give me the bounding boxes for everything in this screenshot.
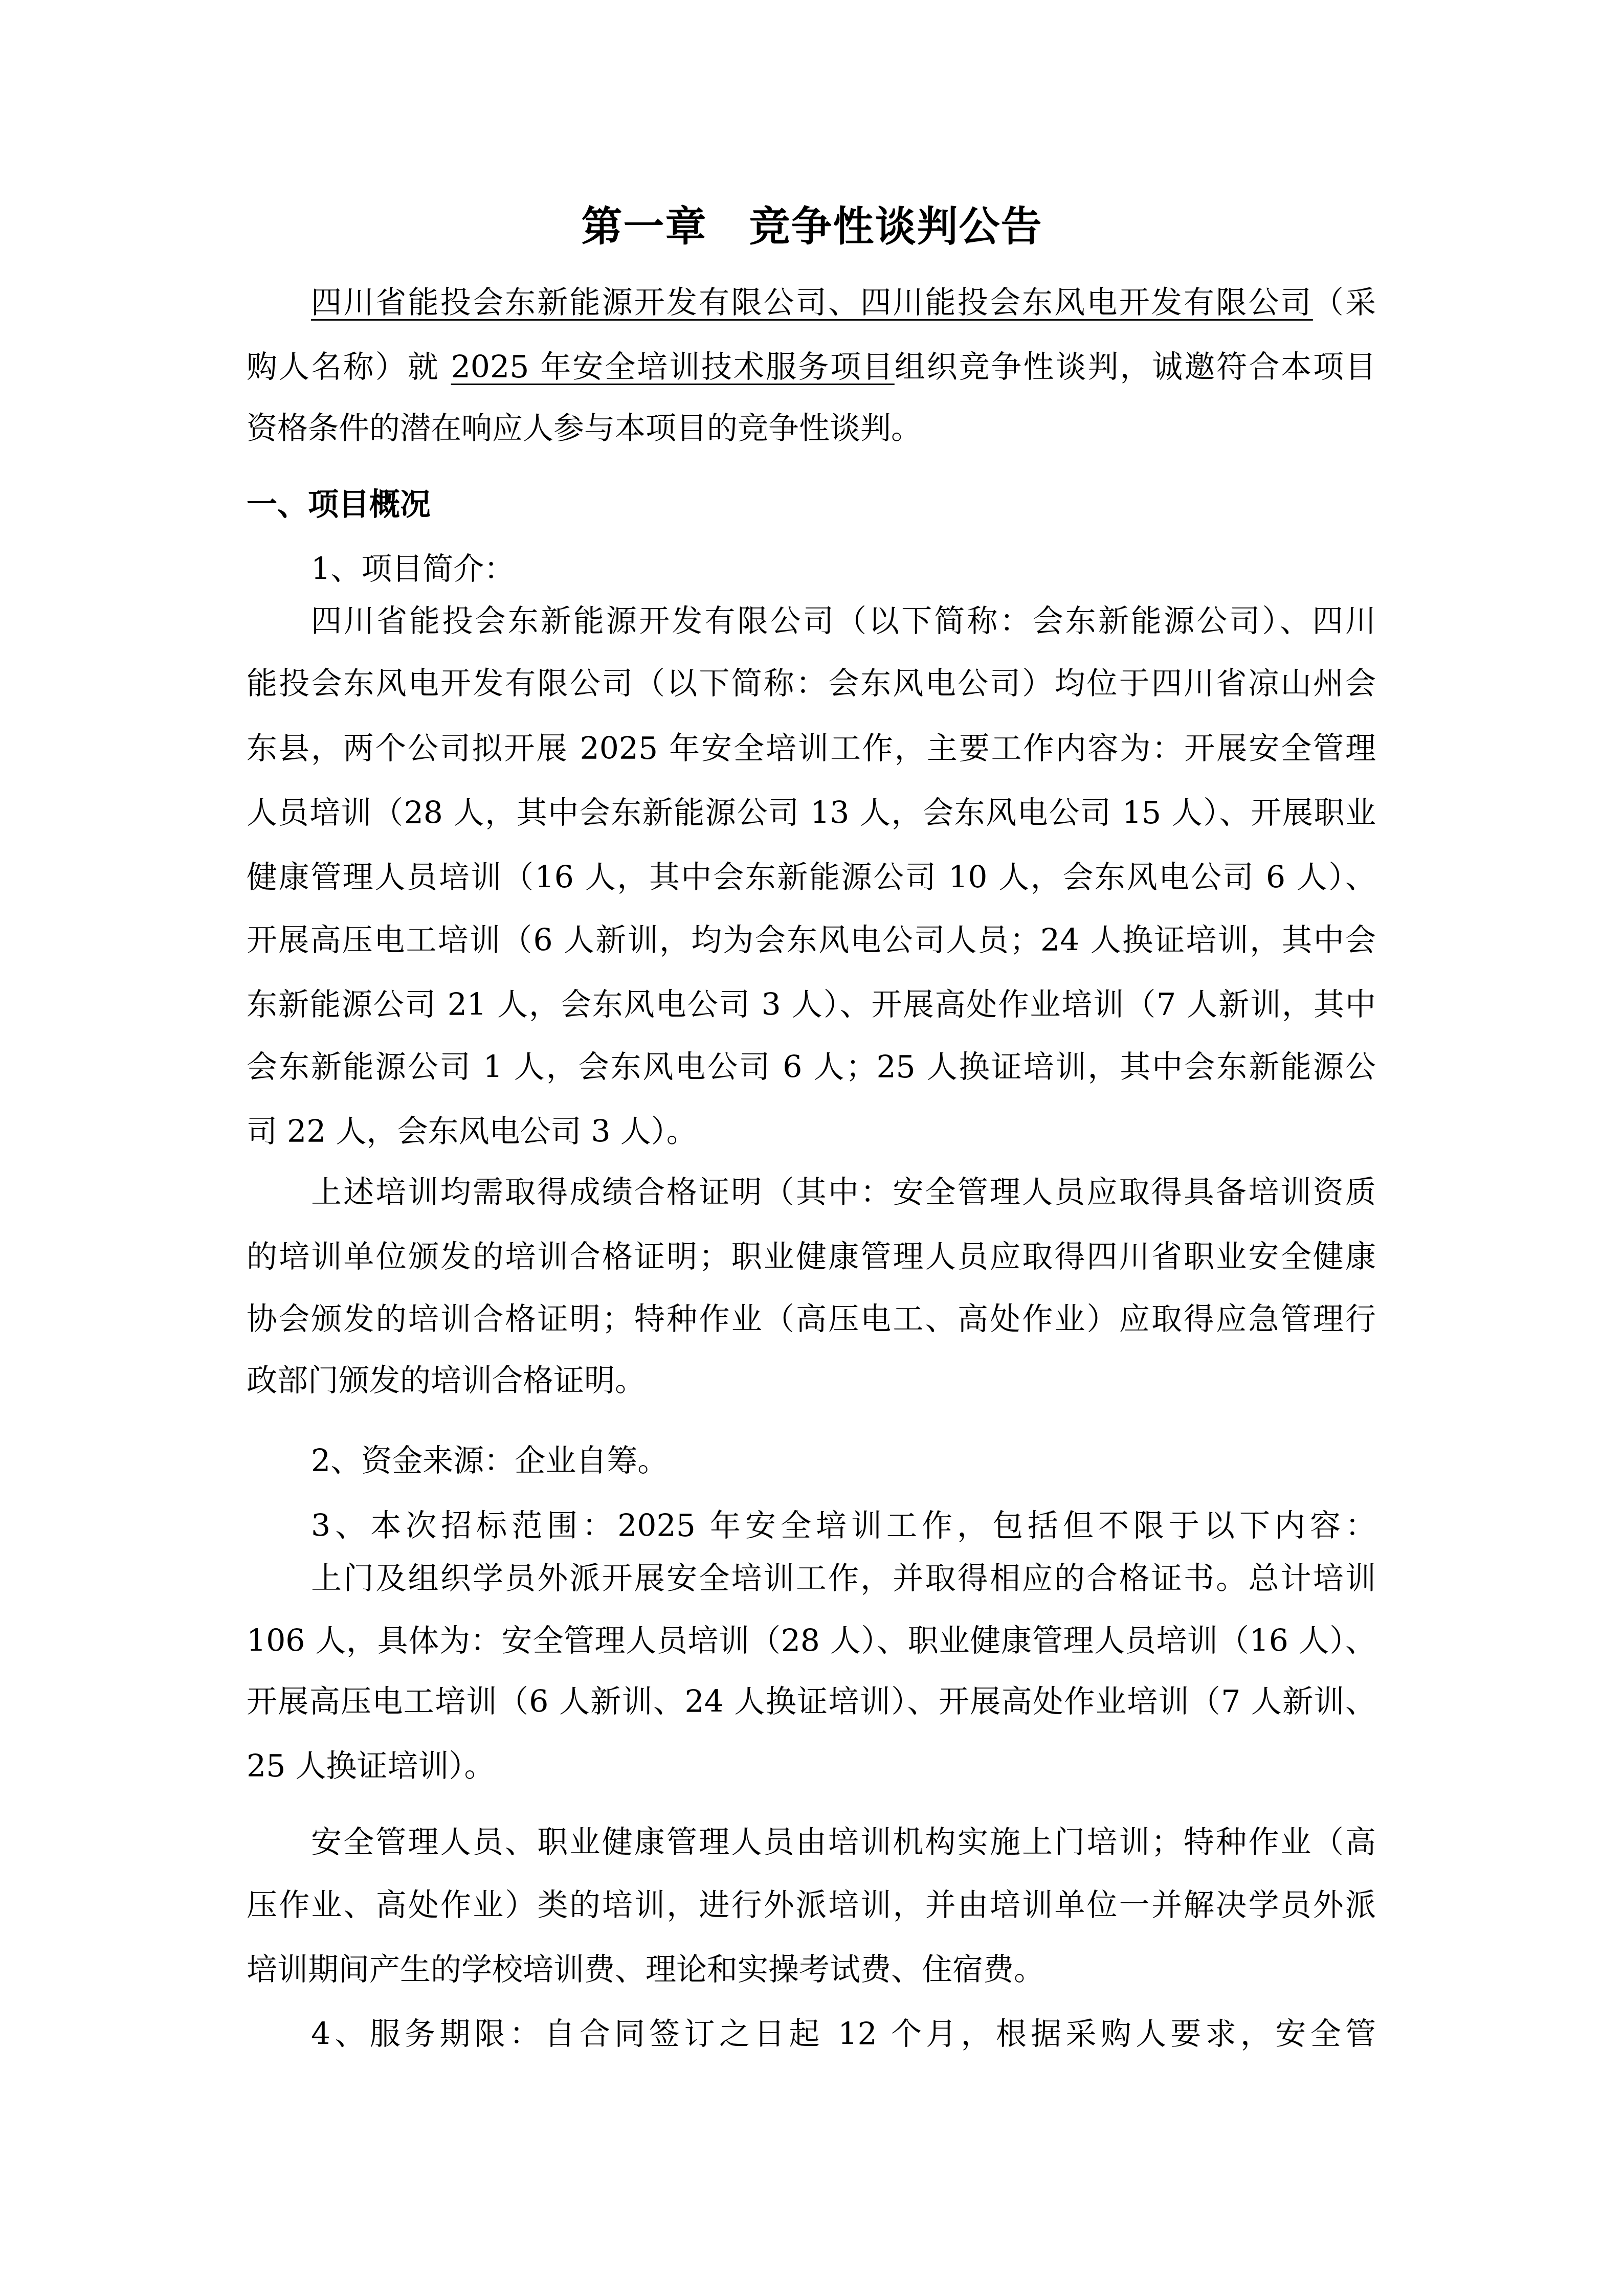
text-line: 培训期间产生的学校培训费、理论和实操考试费、住宿费。 [247, 1947, 1376, 1993]
text-line: 2、资金来源：企业自筹。 [247, 1438, 1376, 1484]
text-line: 开展高压电工培训（6 人新训，均为会东风电公司人员；24 人换证培训，其中会 [247, 917, 1376, 963]
text-line: 上门及组织学员外派开展安全培训工作，并取得相应的合格证书。总计培训 [247, 1556, 1376, 1602]
text-line: 健康管理人员培训（16 人，其中会东新能源公司 10 人，会东风电公司 6 人）… [247, 854, 1376, 901]
document-page: 第一章 竞争性谈判公告 四川省能投会东新能源开发有限公司、四川能投会东风电开发有… [0, 0, 1624, 2296]
text-segment: 资格条件的潜在响应人参与本项目的竞争性谈判。 [247, 411, 922, 446]
underlined-text: 2025 年安全培训技术服务项目 [451, 349, 895, 385]
intro-line: 四川省能投会东新能源开发有限公司、四川能投会东风电开发有限公司（采 [247, 280, 1376, 326]
text-line: 人员培训（28 人，其中会东新能源公司 13 人，会东风电公司 15 人）、开展… [247, 790, 1376, 836]
text-line: 安全管理人员、职业健康管理人员由培训机构实施上门培训；特种作业（高 [247, 1819, 1376, 1865]
text-line: 4、服务期限：自合同签订之日起 12 个月，根据采购人要求，安全管 [247, 2011, 1376, 2057]
text-line: 压作业、高处作业）类的培训，进行外派培训，并由培训单位一并解决学员外派 [247, 1882, 1376, 1928]
text-line: 的培训单位颁发的培训合格证明；职业健康管理人员应取得四川省职业安全健康 [247, 1234, 1376, 1280]
text-line: 会东新能源公司 1 人，会东风电公司 6 人；25 人换证培训，其中会东新能源公 [247, 1044, 1376, 1090]
intro-line: 购人名称）就 2025 年安全培训技术服务项目组织竞争性谈判，诚邀符合本项目 [247, 344, 1376, 390]
text-line: 司 22 人，会东风电公司 3 人）。 [247, 1109, 1376, 1155]
text-segment: 购人名称）就 [247, 349, 451, 385]
text-line: 东县，两个公司拟开展 2025 年安全培训工作，主要工作内容为：开展安全管理 [247, 726, 1376, 772]
text-line: 开展高压电工培训（6 人新训、24 人换证培训）、开展高处作业培训（7 人新训、 [247, 1679, 1376, 1725]
text-line: 上述培训均需取得成绩合格证明（其中：安全管理人员应取得具备培训资质 [247, 1169, 1376, 1215]
underlined-text: 四川省能投会东新能源开发有限公司、四川能投会东风电开发有限公司 [311, 285, 1313, 321]
text-line: 东新能源公司 21 人，会东风电公司 3 人）、开展高处作业培训（7 人新训，其… [247, 982, 1376, 1028]
intro-line: 资格条件的潜在响应人参与本项目的竞争性谈判。 [247, 406, 1376, 452]
text-segment: 组织竞争性谈判，诚邀符合本项目 [895, 349, 1376, 385]
section-heading-project-overview: 一、项目概况 [247, 482, 1376, 528]
text-line: 106 人，具体为：安全管理人员培训（28 人）、职业健康管理人员培训（16 人… [247, 1618, 1376, 1664]
text-line: 政部门颁发的培训合格证明。 [247, 1358, 1376, 1404]
text-segment: （采 [1313, 285, 1376, 321]
text-line: 协会颁发的培训合格证明；特种作业（高压电工、高处作业）应取得应急管理行 [247, 1296, 1376, 1342]
item-label-line: 1、项目简介： [247, 546, 1376, 592]
text-line: 四川省能投会东新能源开发有限公司（以下简称：会东新能源公司）、四川 [247, 598, 1376, 644]
text-line: 25 人换证培训）。 [247, 1743, 1376, 1789]
chapter-title: 第一章 竞争性谈判公告 [0, 199, 1624, 254]
text-line: 能投会东风电开发有限公司（以下简称：会东风电公司）均位于四川省凉山州会 [247, 661, 1376, 707]
text-line: 3、本次招标范围：2025 年安全培训工作，包括但不限于以下内容： [247, 1503, 1376, 1549]
